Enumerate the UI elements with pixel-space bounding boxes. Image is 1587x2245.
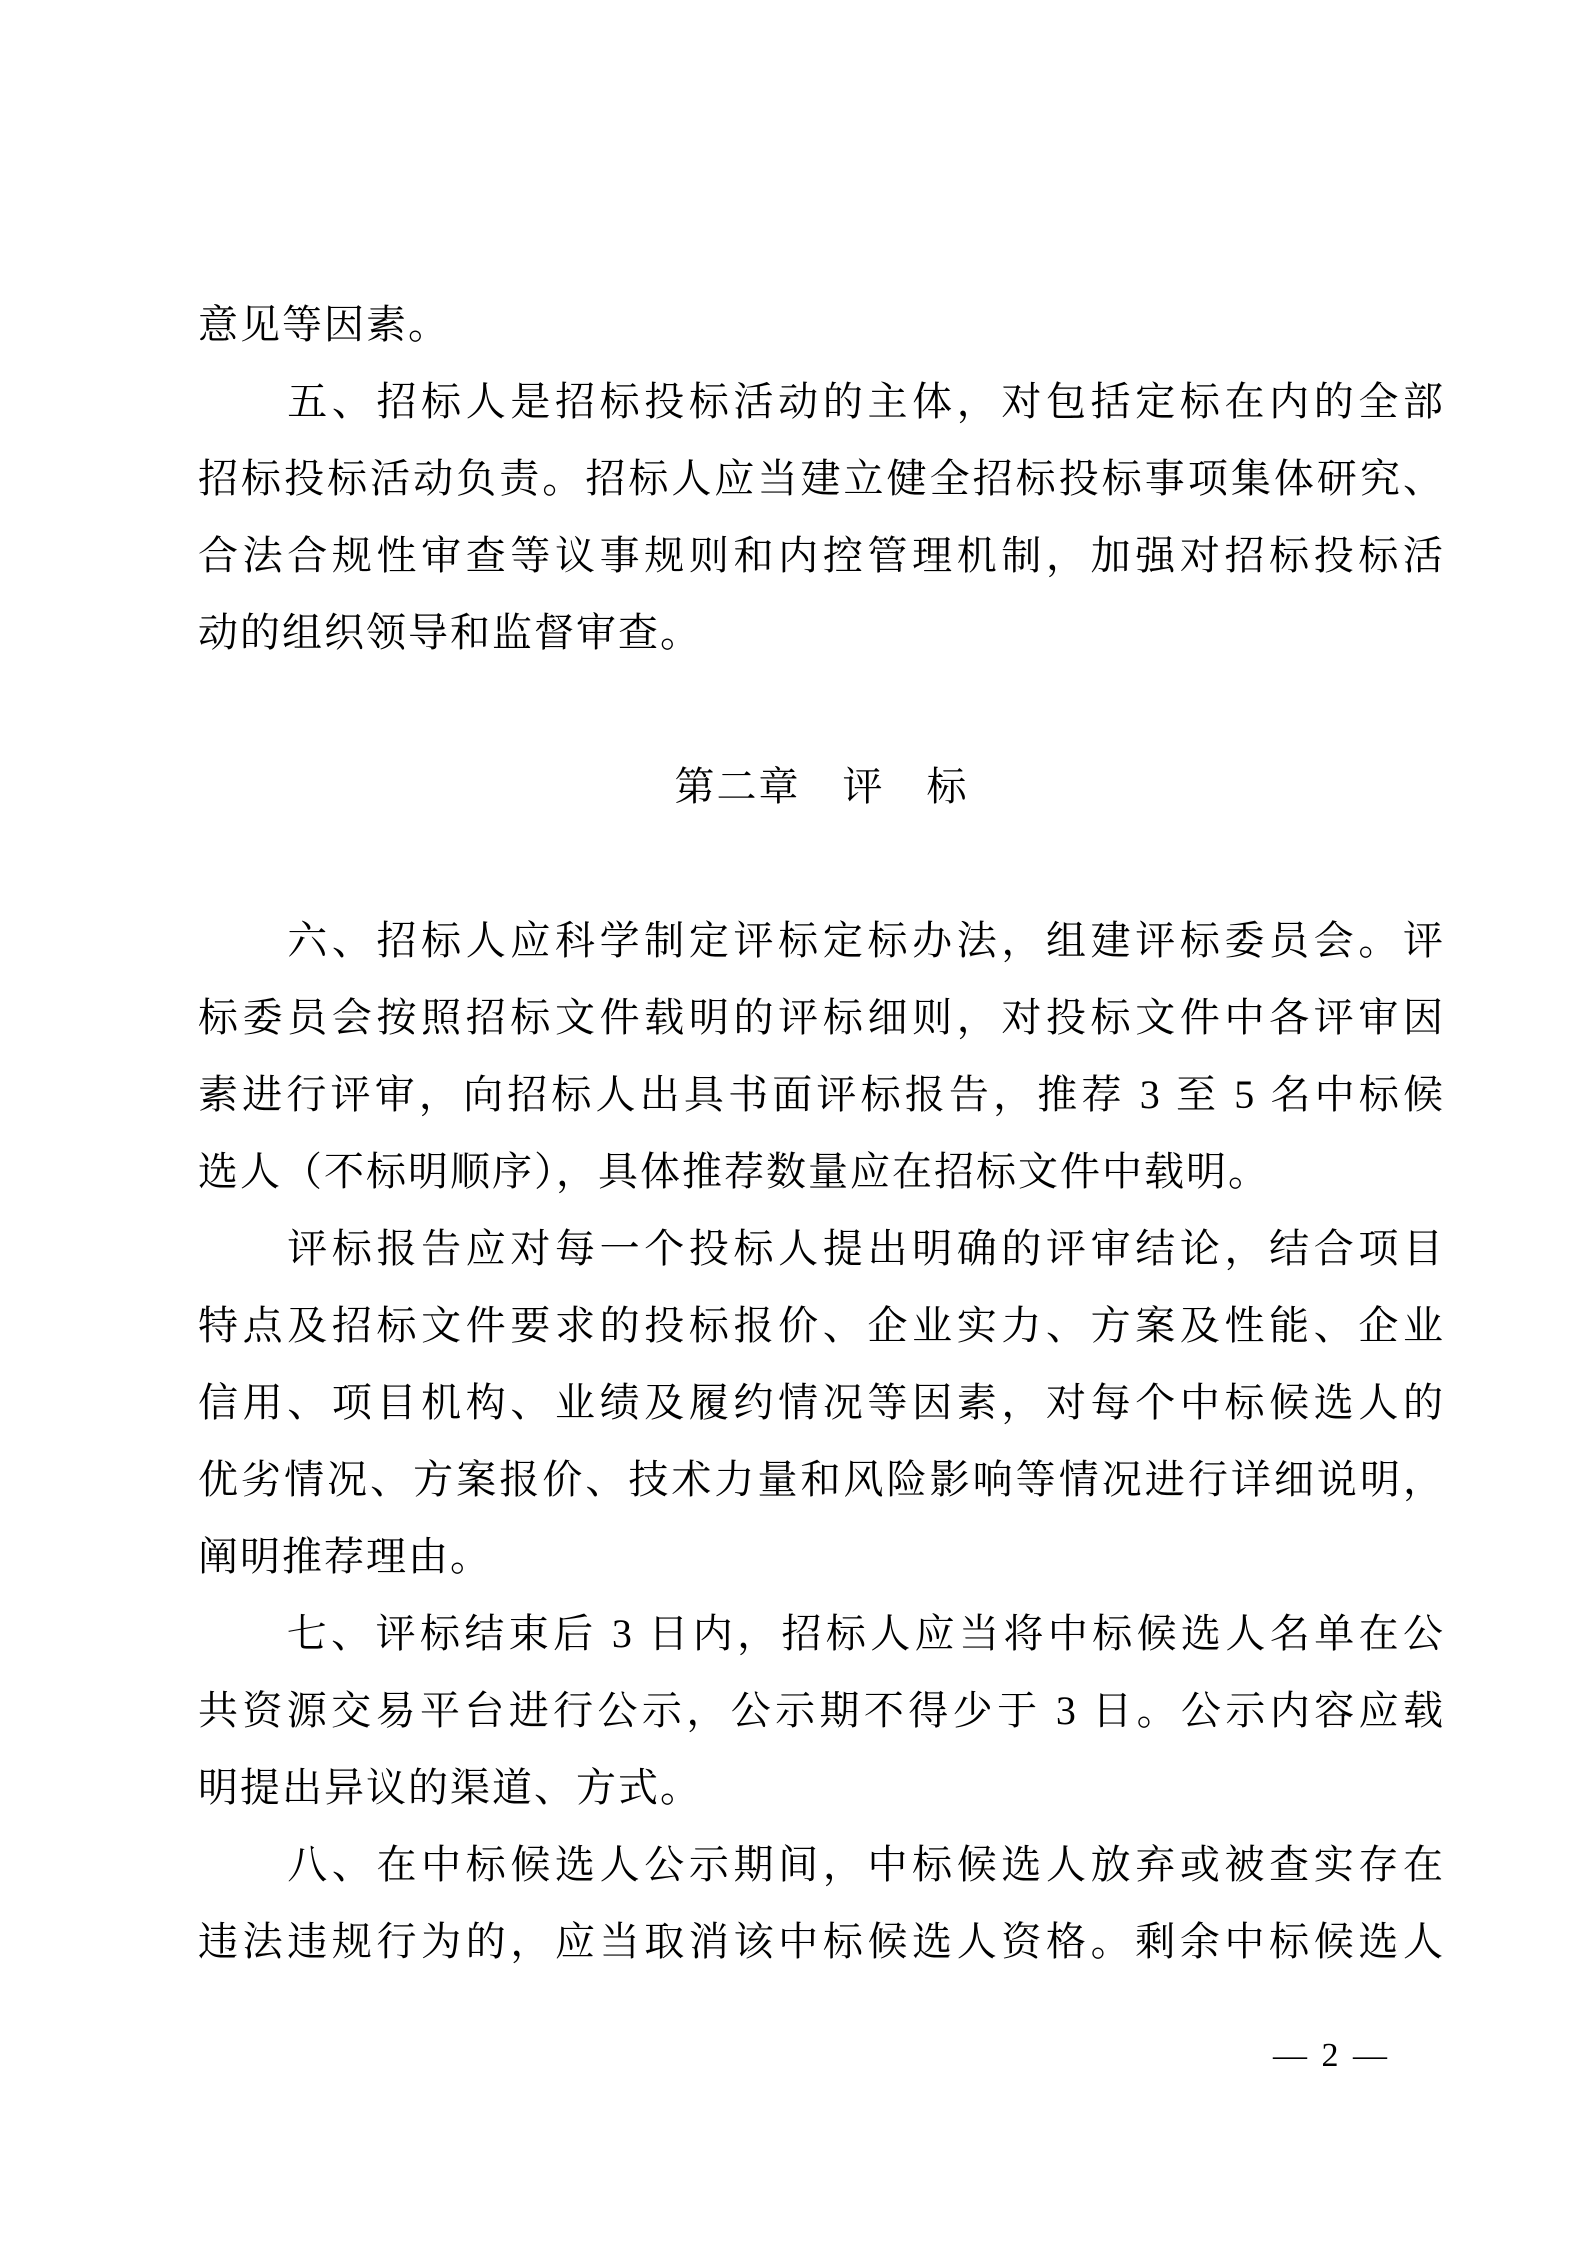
chapter-heading: 第二章 评 标 xyxy=(198,748,1445,825)
body-text: 意见等因素。 五、招标人是招标投标活动的主体，对包括定标在内的全部 招标投标活动… xyxy=(198,286,1445,1980)
blank-line xyxy=(198,671,1445,748)
doc-line: 七、评标结束后 3 日内，招标人应当将中标候选人名单在公 xyxy=(198,1595,1445,1672)
doc-line: 优劣情况、方案报价、技术力量和风险影响等情况进行详细说明， xyxy=(198,1441,1445,1518)
doc-line: 标委员会按照招标文件载明的评标细则，对投标文件中各评审因 xyxy=(198,979,1445,1056)
blank-line xyxy=(198,825,1445,902)
doc-line: 特点及招标文件要求的投标报价、企业实力、方案及性能、企业 xyxy=(198,1287,1445,1364)
doc-line: 明提出异议的渠道、方式。 xyxy=(198,1749,1445,1826)
doc-line: 八、在中标候选人公示期间，中标候选人放弃或被查实存在 xyxy=(198,1826,1445,1903)
doc-line: 意见等因素。 xyxy=(198,286,1445,363)
page-number: — 2 — xyxy=(1273,2034,1390,2078)
doc-line: 阐明推荐理由。 xyxy=(198,1518,1445,1595)
doc-line: 违法违规行为的，应当取消该中标候选人资格。剩余中标候选人 xyxy=(198,1903,1445,1980)
doc-line: 六、招标人应科学制定评标定标办法，组建评标委员会。评 xyxy=(198,902,1445,979)
doc-line: 招标投标活动负责。招标人应当建立健全招标投标事项集体研究、 xyxy=(198,440,1445,517)
doc-line: 动的组织领导和监督审查。 xyxy=(198,594,1445,671)
document-page: 意见等因素。 五、招标人是招标投标活动的主体，对包括定标在内的全部 招标投标活动… xyxy=(0,0,1587,2245)
doc-line: 素进行评审，向招标人出具书面评标报告，推荐 3 至 5 名中标候 xyxy=(198,1056,1445,1133)
doc-line: 选人（不标明顺序），具体推荐数量应在招标文件中载明。 xyxy=(198,1133,1445,1210)
doc-line: 共资源交易平台进行公示，公示期不得少于 3 日。公示内容应载 xyxy=(198,1672,1445,1749)
doc-line: 五、招标人是招标投标活动的主体，对包括定标在内的全部 xyxy=(198,363,1445,440)
doc-line: 评标报告应对每一个投标人提出明确的评审结论，结合项目 xyxy=(198,1210,1445,1287)
doc-line: 合法合规性审查等议事规则和内控管理机制，加强对招标投标活 xyxy=(198,517,1445,594)
doc-line: 信用、项目机构、业绩及履约情况等因素，对每个中标候选人的 xyxy=(198,1364,1445,1441)
